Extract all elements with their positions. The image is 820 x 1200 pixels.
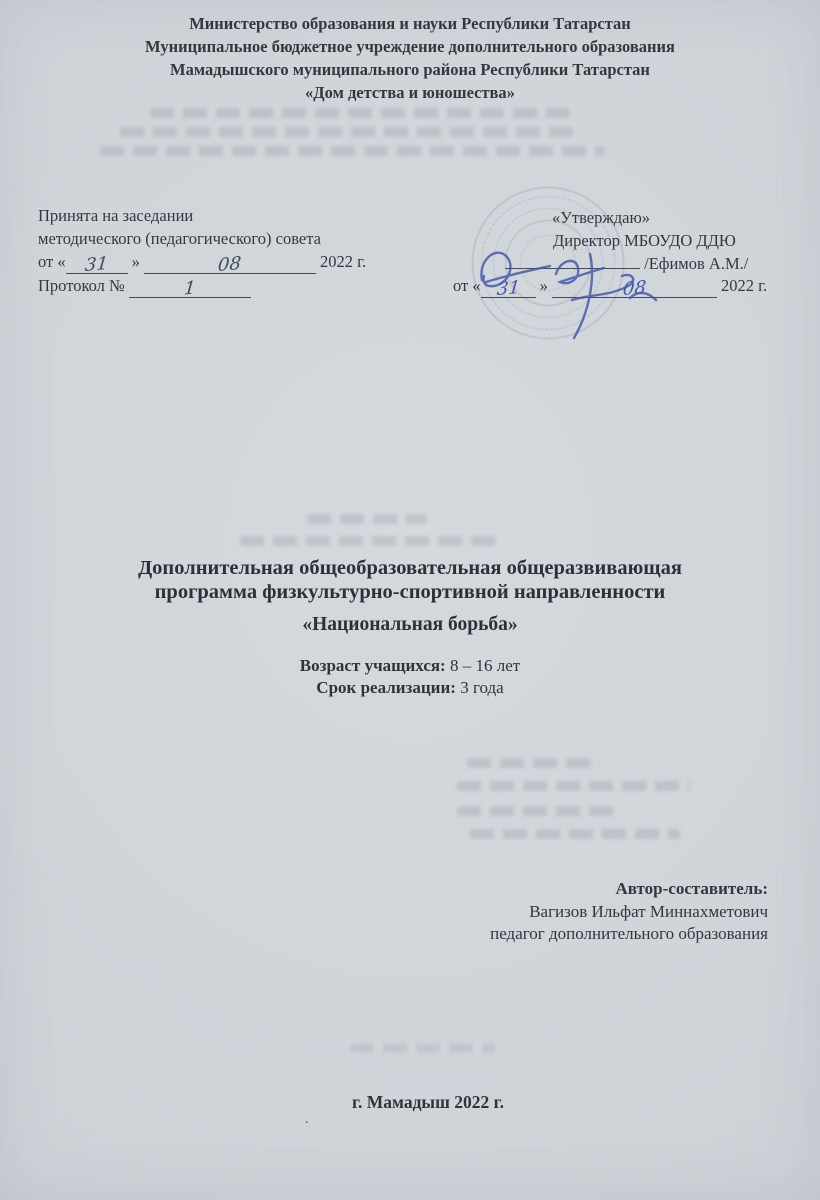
bleed-through-line (467, 758, 600, 768)
director-signature-ink (472, 236, 682, 346)
accepted-day-blank: 31 (66, 255, 128, 274)
bleed-through-line (307, 514, 427, 524)
org-line-district: Мамадышского муниципального района Респу… (0, 58, 820, 81)
scanned-title-page: Министерство образования и науки Республ… (0, 0, 820, 1200)
accepted-month-handwritten: 08 (218, 257, 242, 273)
stray-mark: . (305, 1112, 309, 1128)
term-value: 3 года (456, 678, 504, 697)
program-title: Дополнительная общеобразовательная общер… (0, 556, 820, 604)
age-line: Возраст учащихся: 8 – 16 лет (0, 656, 820, 676)
approved-year: 2022 г. (721, 276, 767, 295)
accepted-date-open: от « (38, 252, 66, 271)
term-line: Срок реализации: 3 года (0, 678, 820, 698)
program-title-line1: Дополнительная общеобразовательная общер… (0, 556, 820, 580)
org-line-house: «Дом детства и юношества» (0, 81, 820, 104)
author-name: Вагизов Ильфат Миннахметович (490, 901, 768, 924)
approved-line1: «Утверждаю» (440, 208, 762, 228)
age-value: 8 – 16 лет (446, 656, 520, 675)
protocol-label: Протокол № (38, 276, 125, 295)
bleed-through-line (240, 536, 503, 546)
accepted-day-handwritten: 31 (84, 257, 108, 273)
bleed-through-line (150, 108, 570, 118)
program-name: «Национальная борьба» (0, 614, 820, 636)
accepted-protocol-line: Протокол № 1 (38, 276, 251, 298)
author-role: педагог дополнительного образования (490, 923, 768, 946)
author-label: Автор-составитель: (490, 878, 768, 901)
program-title-line2: программа физкультурно-спортивной направ… (0, 580, 820, 604)
accepted-line1: Принята на заседании (38, 206, 193, 226)
protocol-number-handwritten: 1 (183, 282, 196, 297)
footer-city-year: г. Мамадыш 2022 г. (18, 1092, 820, 1113)
org-header: Министерство образования и науки Республ… (0, 12, 820, 104)
bleed-through-line (350, 1043, 495, 1053)
term-label: Срок реализации: (316, 678, 456, 697)
org-line-ministry: Министерство образования и науки Республ… (0, 12, 820, 35)
accepted-month-blank: 08 (144, 255, 316, 274)
org-line-institution: Муниципальное бюджетное учреждение допол… (0, 35, 820, 58)
protocol-blank: 1 (129, 279, 251, 298)
accepted-quote-close: » (132, 252, 140, 271)
accepted-year: 2022 г. (320, 252, 366, 271)
bleed-through-line (100, 146, 605, 156)
bleed-through-line (120, 127, 580, 137)
bleed-through-line (470, 829, 680, 839)
accepted-line2: методического (педагогического) совета (38, 229, 321, 249)
age-label: Возраст учащихся: (300, 656, 446, 675)
accepted-date-line: от «31»08 2022 г. (38, 252, 366, 274)
author-block: Автор-составитель: Вагизов Ильфат Миннах… (490, 878, 768, 946)
bleed-through-line (457, 781, 690, 791)
bleed-through-line (457, 806, 613, 816)
